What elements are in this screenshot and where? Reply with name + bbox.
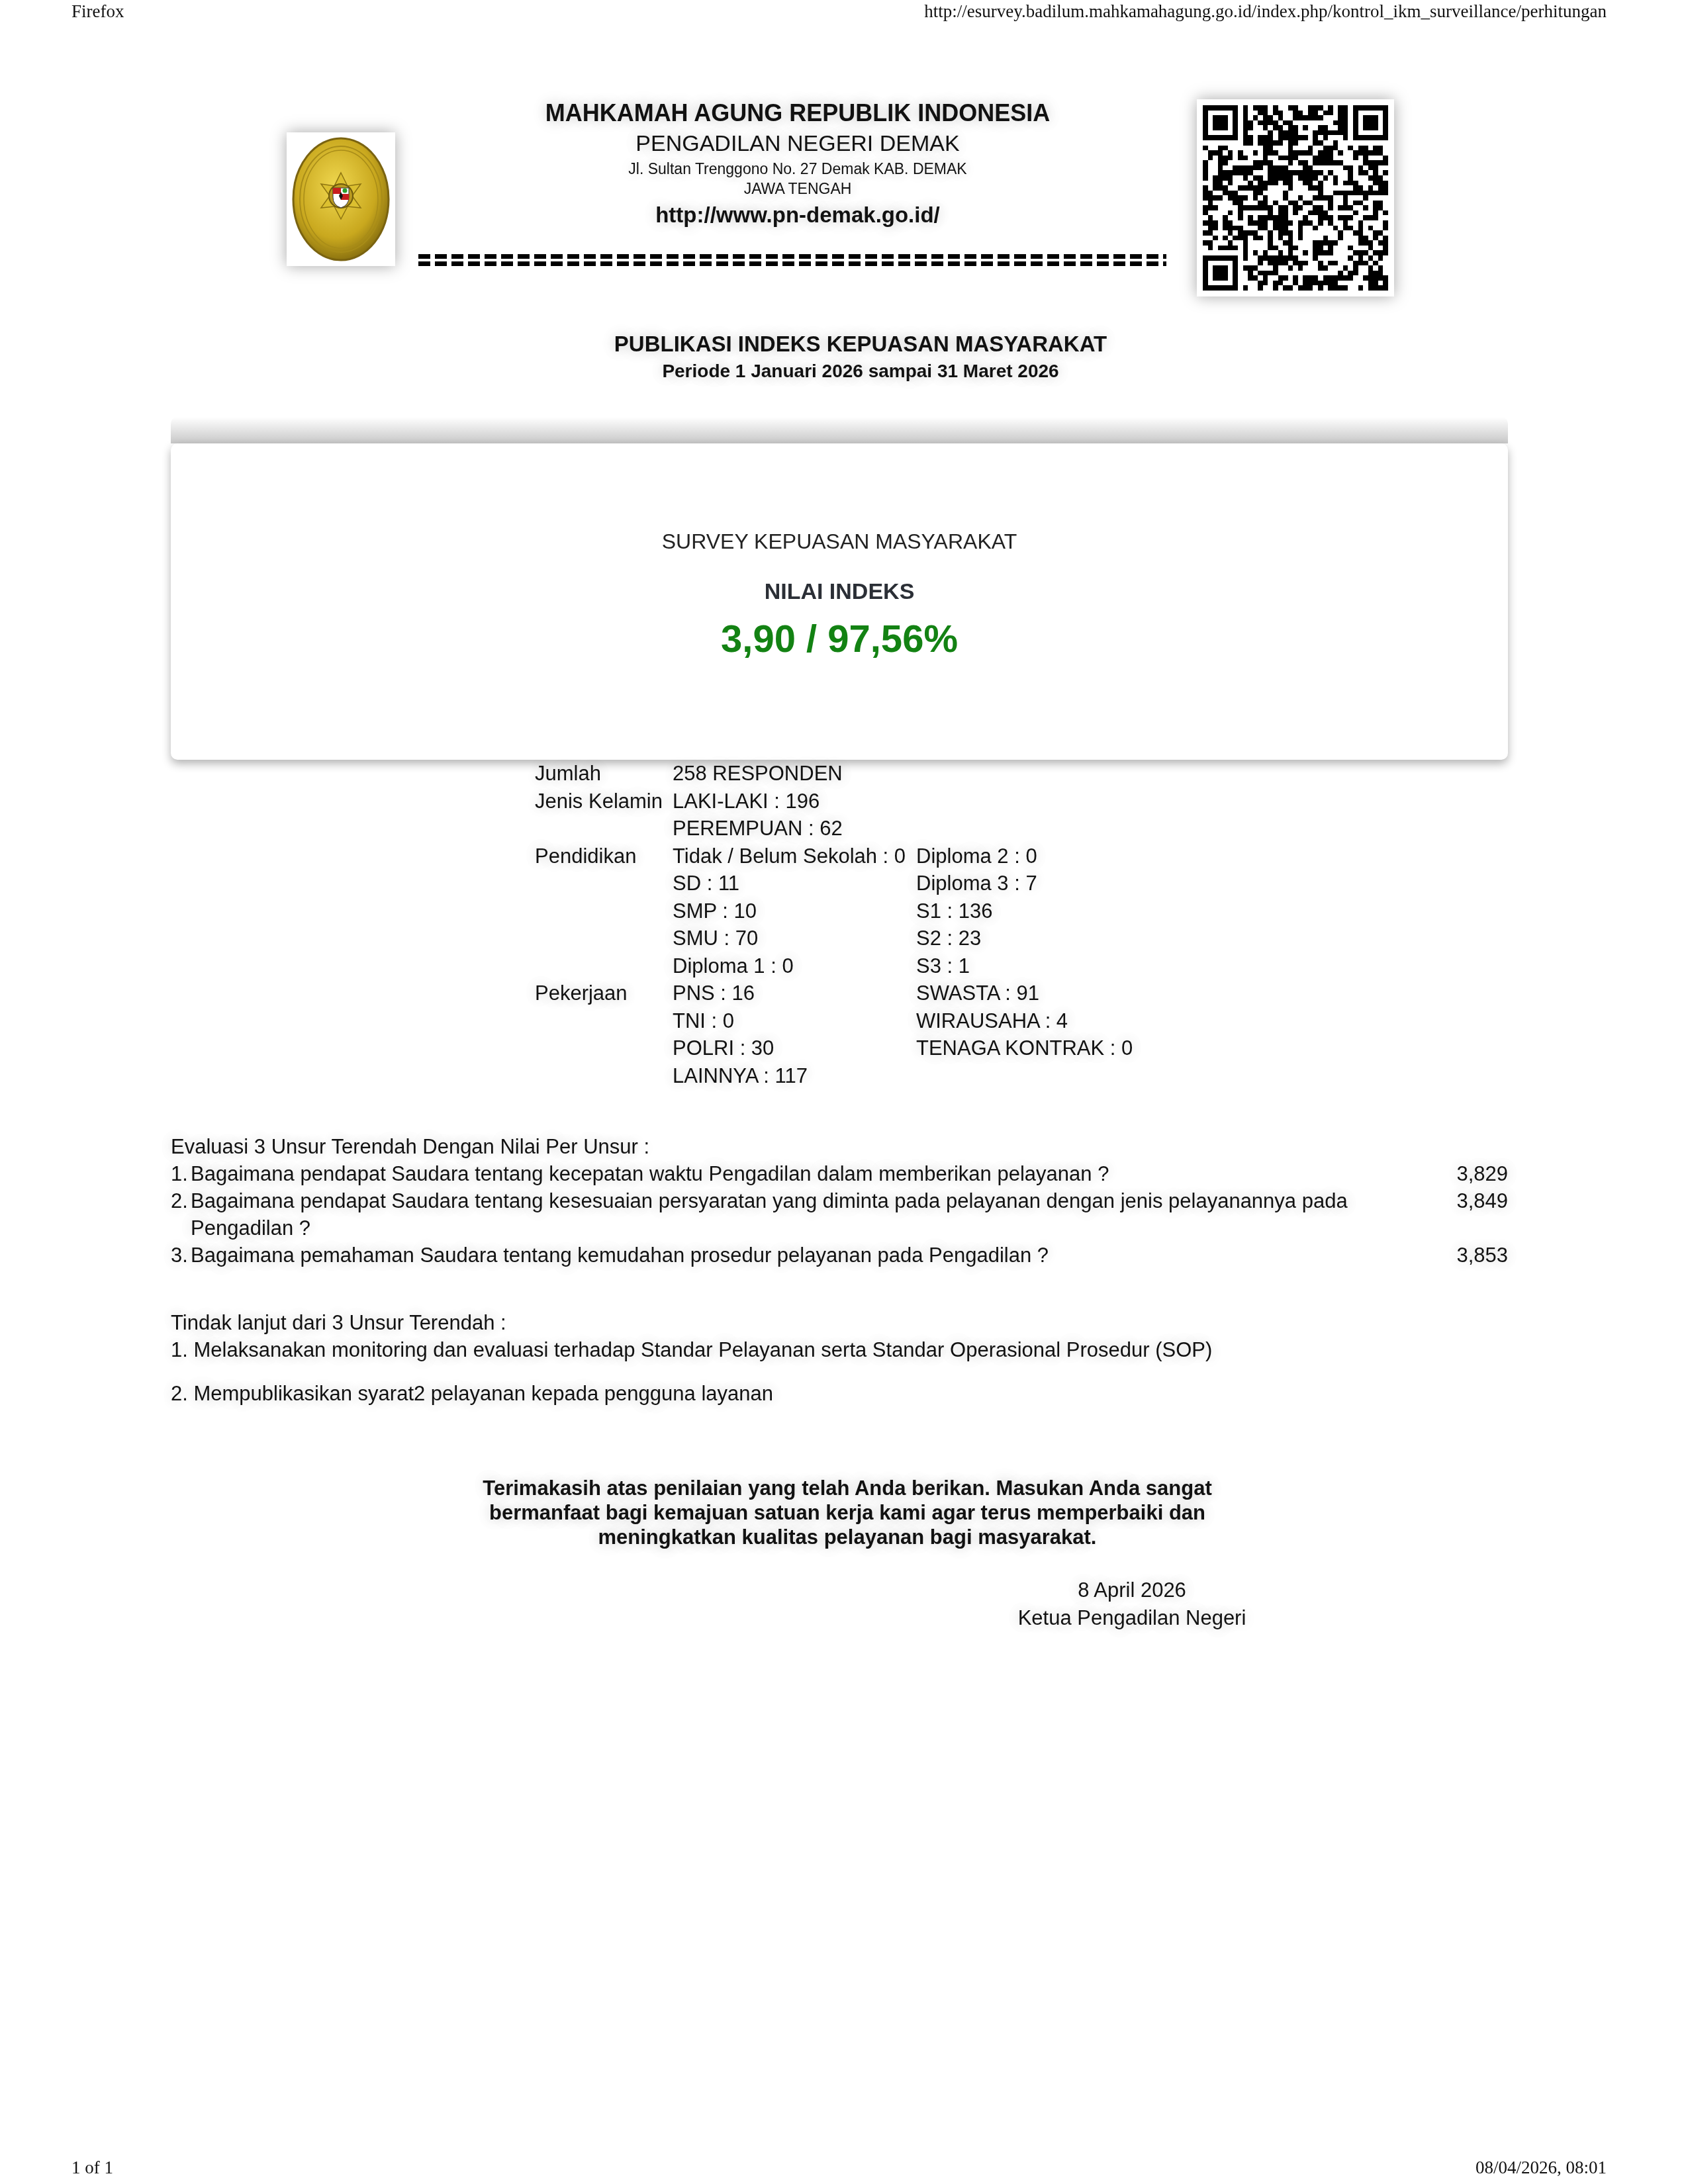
lowest-elements-evaluation: Evaluasi 3 Unsur Terendah Dengan Nilai P… [171, 1133, 1508, 1269]
respondent-value-secondary: TENAGA KONTRAK : 0 [916, 1034, 1133, 1062]
print-timestamp: 08/04/2026, 08:01 [1476, 2158, 1607, 2178]
index-label: NILAI INDEKS [171, 579, 1508, 605]
respondent-summary: Jumlah258 RESPONDENJenis KelaminLAKI-LAK… [535, 760, 1133, 1089]
respondent-value-secondary [916, 815, 1133, 842]
respondent-value-secondary [916, 1062, 1133, 1090]
respondent-value: PNS : 16 [673, 979, 916, 1007]
evaluation-question: Bagaimana pendapat Saudara tentang keses… [191, 1187, 1448, 1242]
court-name: PENGADILAN NEGERI DEMAK [410, 128, 1185, 159]
respondent-value: SMU : 70 [673, 925, 916, 952]
publication-title: PUBLIKASI INDEKS KEPUASAN MASYARAKAT [463, 330, 1258, 359]
evaluation-item: 3.Bagaimana pemahaman Saudara tentang ke… [171, 1242, 1508, 1269]
court-address: Jl. Sultan Trenggono No. 27 Demak KAB. D… [410, 159, 1185, 179]
respondent-value-secondary: Diploma 2 : 0 [916, 842, 1133, 870]
court-province: JAWA TENGAH [410, 179, 1185, 199]
print-header: Firefox http://esurvey.badilum.mahkamaha… [0, 0, 1688, 26]
respondent-row: TNI : 0WIRAUSAHA : 4 [535, 1007, 1133, 1035]
respondent-row: SMU : 70S2 : 23 [535, 925, 1133, 952]
signature-date: 8 April 2026 [980, 1576, 1284, 1604]
respondent-value: SMP : 10 [673, 897, 916, 925]
institution-title: MAHKAMAH AGUNG REPUBLIK INDONESIA [410, 98, 1185, 128]
respondent-value-secondary [916, 760, 1133, 788]
evaluation-score: 3,849 [1448, 1187, 1508, 1242]
thank-you-message: Terimakasih atas penilaian yang telah An… [450, 1476, 1244, 1549]
evaluation-score: 3,853 [1448, 1242, 1508, 1269]
signature-block: 8 April 2026 Ketua Pengadilan Negeri [980, 1576, 1284, 1632]
respondent-value-secondary: SWASTA : 91 [916, 979, 1133, 1007]
respondent-category [535, 870, 673, 897]
evaluation-question: Bagaimana pemahaman Saudara tentang kemu… [191, 1242, 1448, 1269]
evaluation-item: 1.Bagaimana pendapat Saudara tentang kec… [171, 1160, 1508, 1187]
respondent-value-secondary: WIRAUSAHA : 4 [916, 1007, 1133, 1035]
respondent-category: Jumlah [535, 760, 673, 788]
respondent-category [535, 1034, 673, 1062]
index-value: 3,90 / 97,56% [171, 617, 1508, 661]
respondent-value: TNI : 0 [673, 1007, 916, 1035]
double-dashed-divider [418, 254, 1166, 269]
respondent-row: Jumlah258 RESPONDEN [535, 760, 1133, 788]
follow-up-item: 2. Mempublikasikan syarat2 pelayanan kep… [171, 1380, 1508, 1407]
respondent-category [535, 925, 673, 952]
respondent-value: SD : 11 [673, 870, 916, 897]
respondent-row: SD : 11Diploma 3 : 7 [535, 870, 1133, 897]
evaluation-score: 3,829 [1448, 1160, 1508, 1187]
respondent-row: PendidikanTidak / Belum Sekolah : 0Diplo… [535, 842, 1133, 870]
respondent-category [535, 952, 673, 980]
respondent-value: 258 RESPONDEN [673, 760, 916, 788]
page-count: 1 of 1 [71, 2158, 113, 2178]
respondent-value: PEREMPUAN : 62 [673, 815, 916, 842]
respondent-row: POLRI : 30TENAGA KONTRAK : 0 [535, 1034, 1133, 1062]
respondent-category [535, 1007, 673, 1035]
respondent-value: POLRI : 30 [673, 1034, 916, 1062]
publication-heading: PUBLIKASI INDEKS KEPUASAN MASYARAKAT Per… [463, 330, 1258, 384]
respondent-row: Jenis KelaminLAKI-LAKI : 196 [535, 788, 1133, 815]
respondent-value: Tidak / Belum Sekolah : 0 [673, 842, 916, 870]
respondent-value-secondary: Diploma 3 : 7 [916, 870, 1133, 897]
evaluation-number: 3. [171, 1242, 191, 1269]
follow-up-item: 1. Melaksanakan monitoring dan evaluasi … [171, 1336, 1508, 1363]
respondent-row: LAINNYA : 117 [535, 1062, 1133, 1090]
page-url: http://esurvey.badilum.mahkamahagung.go.… [924, 1, 1607, 22]
evaluation-question: Bagaimana pendapat Saudara tentang kecep… [191, 1160, 1448, 1187]
respondent-value: Diploma 1 : 0 [673, 952, 916, 980]
signatory-title: Ketua Pengadilan Negeri [980, 1604, 1284, 1632]
respondent-value-secondary [916, 788, 1133, 815]
respondent-category [535, 897, 673, 925]
evaluation-number: 1. [171, 1160, 191, 1187]
respondent-value: LAINNYA : 117 [673, 1062, 916, 1090]
survey-subtitle: SURVEY KEPUASAN MASYARAKAT [171, 529, 1508, 554]
follow-up-heading: Tindak lanjut dari 3 Unsur Terendah : [171, 1309, 1508, 1336]
respondent-category: Pekerjaan [535, 979, 673, 1007]
qr-code-icon [1197, 99, 1394, 296]
respondent-value-secondary: S2 : 23 [916, 925, 1133, 952]
index-card: SURVEY KEPUASAN MASYARAKAT NILAI INDEKS … [171, 443, 1508, 760]
respondent-category: Jenis Kelamin [535, 788, 673, 815]
letterhead: MAHKAMAH AGUNG REPUBLIK INDONESIA PENGAD… [410, 98, 1185, 232]
print-footer: 1 of 1 08/04/2026, 08:01 [0, 2156, 1688, 2183]
respondent-value-secondary: S1 : 136 [916, 897, 1133, 925]
respondent-row: PekerjaanPNS : 16SWASTA : 91 [535, 979, 1133, 1007]
browser-name: Firefox [71, 1, 124, 22]
respondent-value-secondary: S3 : 1 [916, 952, 1133, 980]
respondent-row: Diploma 1 : 0S3 : 1 [535, 952, 1133, 980]
follow-up-actions: Tindak lanjut dari 3 Unsur Terendah : 1.… [171, 1309, 1508, 1424]
respondent-row: SMP : 10S1 : 136 [535, 897, 1133, 925]
evaluation-number: 2. [171, 1187, 191, 1242]
evaluation-item: 2.Bagaimana pendapat Saudara tentang kes… [171, 1187, 1508, 1242]
mahkamah-agung-emblem-icon [287, 132, 395, 266]
card-shadow [171, 417, 1508, 443]
respondent-category [535, 1062, 673, 1090]
publication-period: Periode 1 Januari 2026 sampai 31 Maret 2… [463, 359, 1258, 384]
respondent-category: Pendidikan [535, 842, 673, 870]
respondent-row: PEREMPUAN : 62 [535, 815, 1133, 842]
evaluation-heading: Evaluasi 3 Unsur Terendah Dengan Nilai P… [171, 1133, 1508, 1160]
respondent-value: LAKI-LAKI : 196 [673, 788, 916, 815]
respondent-category [535, 815, 673, 842]
court-website[interactable]: http://www.pn-demak.go.id/ [410, 199, 1185, 232]
